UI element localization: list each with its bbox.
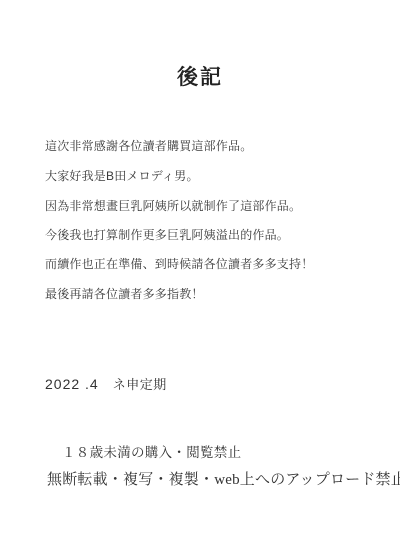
reproduction-prohibition-notice: 無断転載・複写・複製・web上へのアップロード禁止 [47, 468, 400, 489]
body-line-closing: 最後再請各位讀者多多指教！ [45, 285, 204, 302]
body-line-thanks: 這次非常感謝各位讀者購買這部作品。 [45, 137, 252, 154]
body-line-introduction: 大家好我是B田メロディ男。 [45, 167, 199, 184]
page-title: 後記 [0, 61, 400, 91]
date-text: 2022 .4 [45, 376, 99, 392]
body-line-sequel: 而續作也正在準備、到時候請各位讀者多多支持！ [45, 255, 313, 272]
author-signature: ネ申定期 [113, 377, 167, 392]
afterword-page: 後記 這次非常感謝各位讀者購買這部作品。 大家好我是B田メロディ男。 因為非常想… [0, 0, 400, 558]
body-line-motivation: 因為非常想畫巨乳阿姨所以就制作了這部作品。 [45, 197, 301, 214]
body-line-future-plans: 今後我也打算制作更多巨乳阿姨溢出的作品。 [45, 226, 289, 243]
age-restriction-notice: １８歳未満の購入・閲覧禁止 [62, 441, 241, 461]
date-signature-line: 2022 .4ネ申定期 [45, 374, 167, 393]
